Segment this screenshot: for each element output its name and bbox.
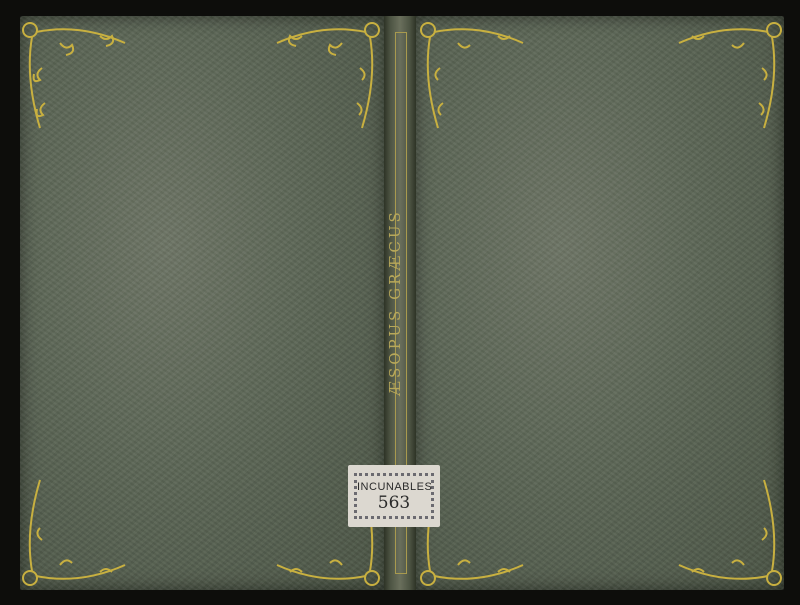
gilt-corner-ornament-icon xyxy=(20,470,140,590)
gilt-corner-ornament-icon xyxy=(20,18,140,138)
gilt-corner-ornament-icon xyxy=(664,470,784,590)
label-number: 563 xyxy=(357,493,431,513)
shelfmark-label: INCUNABLES 563 xyxy=(348,465,440,527)
gilt-corner-ornament-icon xyxy=(418,18,538,138)
gilt-corner-ornament-icon xyxy=(664,18,784,138)
label-collection: INCUNABLES xyxy=(357,481,431,493)
spine-title: ÆSOPUS GRÆCUS xyxy=(386,209,404,396)
gilt-corner-ornament-icon xyxy=(262,18,382,138)
